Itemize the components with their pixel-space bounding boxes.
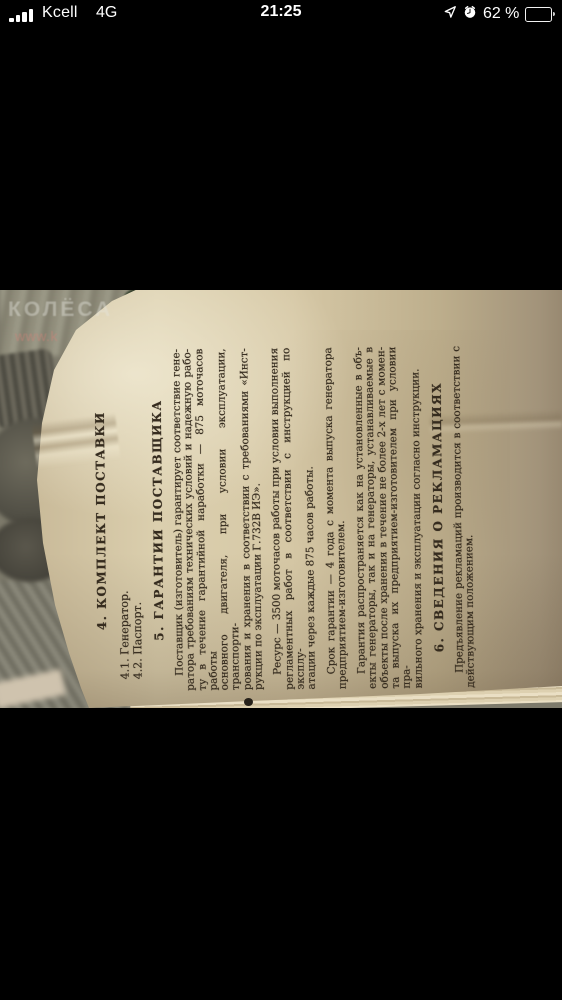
status-bar: Kcell 4G 21:25 62 % <box>0 0 562 30</box>
doc-paragraph: Предъявление рекламаций производится в с… <box>451 346 477 688</box>
doc-section-heading: 4. КОМПЛЕКТ ПОСТАВКИ <box>92 350 110 692</box>
battery-icon <box>525 7 555 22</box>
watermark-logo: КОЛЁСА <box>8 298 113 322</box>
phone-screen: Kcell 4G 21:25 62 % <box>0 0 562 1000</box>
doc-paragraph: Срок гарантии — 4 года с момента выпуска… <box>323 347 349 689</box>
doc-text-line: атации через каждые 875 часов работы. <box>303 347 318 689</box>
alarm-clock-icon <box>463 5 477 24</box>
carrier-label: Kcell <box>42 4 78 22</box>
doc-paragraph: Ресурс — 3500 моточасов работы при услов… <box>270 347 319 689</box>
doc-text-line: предприятием-изготовителем. <box>334 347 349 689</box>
photo-image[interactable]: 4. КОМПЛЕКТ ПОСТАВКИ4.1. Генератор.4.2. … <box>0 290 562 708</box>
location-arrow-icon <box>443 5 457 24</box>
status-bar-time: 21:25 <box>261 3 302 21</box>
paper-hole <box>244 698 253 706</box>
doc-paragraph: Поставщик (изготовитель) гарантирует соо… <box>171 348 265 691</box>
watermark-url: www.k <box>15 328 58 344</box>
signal-strength-icon <box>9 9 33 22</box>
network-type-label: 4G <box>96 4 117 22</box>
document-page: 4. КОМПЛЕКТ ПОСТАВКИ4.1. Генератор.4.2. … <box>91 346 435 692</box>
doc-list-item: 4.2. Паспорт. <box>128 349 144 679</box>
doc-paragraph: Гарантия распространяется как на установ… <box>353 346 424 689</box>
doc-text-line: рукции по эксплуатации Г.732В ИЭ». <box>250 348 265 690</box>
doc-section-heading: 5. ГАРАНТИИ ПОСТАВЩИКА <box>149 349 167 691</box>
battery-percent-label: 62 % <box>483 5 519 23</box>
doc-text-line: вильного хранения и эксплуатации согласн… <box>410 346 425 688</box>
